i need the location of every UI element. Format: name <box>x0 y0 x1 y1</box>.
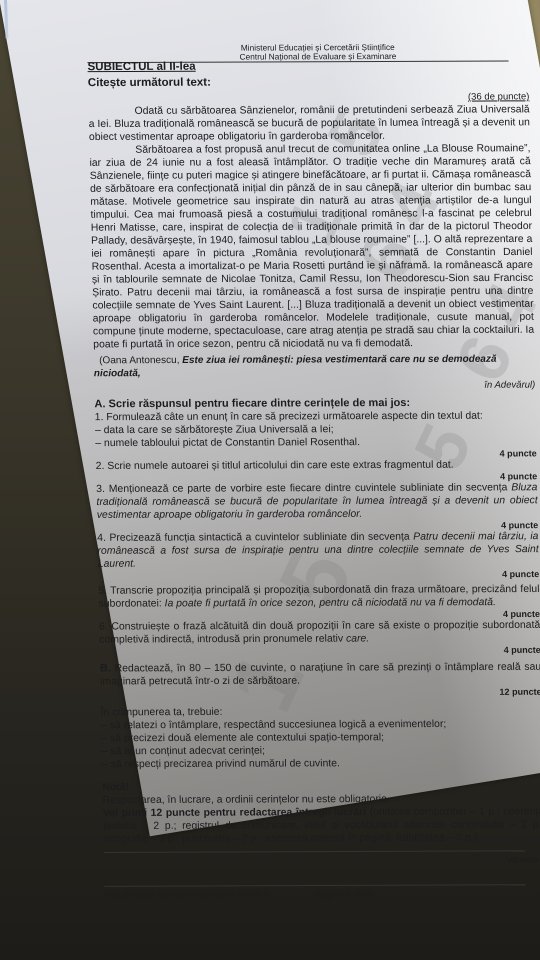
exam-name: Probă scrisă la limba și literatura româ… <box>104 888 305 902</box>
reading-instruction: Citește următorul text: <box>88 75 529 90</box>
subject-title: SUBIECTUL al II-lea <box>87 59 528 74</box>
points-label: 4 puncte <box>98 569 539 581</box>
requirement-6: 6. Construiește o frază alcătuită din do… <box>99 619 540 657</box>
points-label: 4 puncte <box>99 645 540 657</box>
page-number: Pagina 2 din 2 <box>315 888 373 901</box>
passage-paragraph: Sărbătoarea a fost propusă anul trecut d… <box>89 142 534 351</box>
requirement-4: 4. Precizează funcția sintactică a cuvin… <box>97 530 539 581</box>
requirement-3: 3. Menționează ce parte de vorbire este … <box>96 481 538 532</box>
exam-content: Ministerul Educației și Cercetării Știin… <box>87 42 540 901</box>
requirement-2: 2. Scrie numele autoarei și titlul artic… <box>96 458 538 483</box>
page-footer: Probă scrisă la limba și literatura româ… <box>104 887 540 902</box>
quoted-sequence: Ia poate fi purtată în orice sezon, pent… <box>165 597 497 609</box>
quoted-word: care. <box>346 634 369 645</box>
note-text: Respectarea, în lucrare, a ordinii cerin… <box>102 792 540 846</box>
variant-label: Varianta 9 <box>104 853 540 868</box>
points-label: 12 puncte <box>100 687 540 699</box>
passage-source: (Oana Antonescu, Este ziua iei românești… <box>93 353 535 381</box>
section-b: B. Redactează, în 80 – 150 de cuvinte, o… <box>100 661 540 699</box>
passage-paragraph: Odată cu sărbătoarea Sânzienelor, români… <box>88 103 530 144</box>
ministry-header: Ministerul Educației și Cercetării Știin… <box>197 43 438 62</box>
composition-requirement: – să respecți precizarea privind numărul… <box>102 757 540 772</box>
source-publication: în Adevărul) <box>94 379 535 394</box>
requirement-1: 1. Formulează câte un enunț în care să p… <box>95 409 537 460</box>
requirement-5: 5. Transcrie propoziția principală și pr… <box>98 583 540 621</box>
